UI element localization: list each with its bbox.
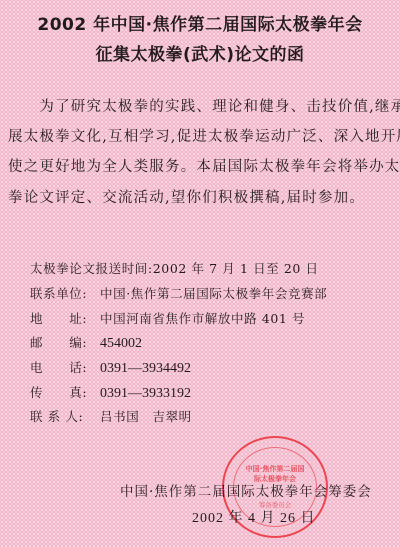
contact-person-label: 联 系 人: [30,407,100,425]
address-label: 地 址: [30,309,100,327]
postcode-label: 邮 编: [30,333,100,351]
document-title-line-2: 征集太极拳(武术)论文的函 [0,40,400,65]
address-value: 中国河南省焦作市解放中路 401 号 [100,311,305,326]
fax-value: 0391—3933192 [100,386,191,401]
contact-person-value: 吕书国 吉翠明 [100,409,192,424]
contact-unit-value: 中国·焦作第二届国际太极拳年会竞赛部 [100,286,327,301]
body-line: 使之更好地为全人类服务。本届国际太极拳年会将举办太极 [8,155,396,176]
body-line: 拳论文评定、交流活动,望你们积极撰稿,届时参加。 [8,186,396,207]
postcode-row: 邮 编:454002 [30,333,142,352]
contact-unit-label: 联系单位: [30,284,100,302]
phone-value: 0391—3934492 [100,361,191,376]
signing-date: 2002 年 4 月 26 日 [192,507,316,527]
body-line: 展太极拳文化,互相学习,促进太极拳运动广泛、深入地开展, [8,125,396,146]
body-line: 为了研究太极拳的实践、理论和健身、击技价值,继承、发 [8,95,396,116]
document-title-line-1: 2002 年中国·焦作第二届国际太极拳年会 [0,10,400,35]
phone-row: 电 话:0391—3934492 [30,358,191,377]
submission-deadline: 太极拳论文报送时间:2002 年 7 月 1 日至 20 日 [30,259,319,277]
signing-organization: 中国·焦作第二届国际太极拳年会筹委会 [120,480,372,500]
contact-unit-row: 联系单位:中国·焦作第二届国际太极拳年会竞赛部 [30,284,327,302]
fax-row: 传 真:0391—3933192 [30,383,191,402]
postcode-value: 454002 [100,336,142,351]
fax-label: 传 真: [30,383,100,401]
address-row: 地 址:中国河南省焦作市解放中路 401 号 [30,309,305,327]
phone-label: 电 话: [30,358,100,376]
contact-person-row: 联 系 人:吕书国 吉翠明 [30,407,192,425]
